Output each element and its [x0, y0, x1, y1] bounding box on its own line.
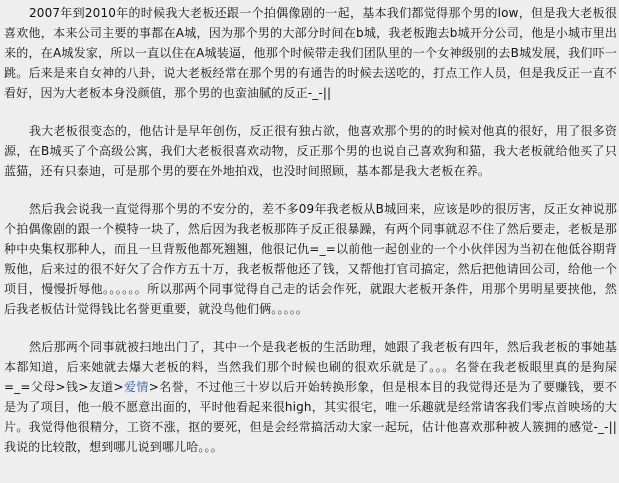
keyword-link-love[interactable]: 爱情	[124, 380, 149, 394]
article-body: 2007年到2010年的时候我大老板还跟一个拍偶像剧的一起，基本我们都觉得那个男…	[0, 0, 617, 457]
paragraph-4: 然后那两个同事就被扫地出门了，其中一个是我老板的生活助理，她跟了我老板有四年，然…	[4, 337, 617, 457]
paragraph-2: 我大老板很变态的，他估计是早年创伤，反正很有独占欲，他喜欢那个男的的时候对他真的…	[4, 121, 617, 181]
paragraph-3: 然后我会说我一直觉得那个男的不安分的，差不多09年我老板从B城回来，应该是吵的很…	[4, 199, 617, 319]
paragraph-1: 2007年到2010年的时候我大老板还跟一个拍偶像剧的一起，基本我们都觉得那个男…	[4, 3, 617, 103]
